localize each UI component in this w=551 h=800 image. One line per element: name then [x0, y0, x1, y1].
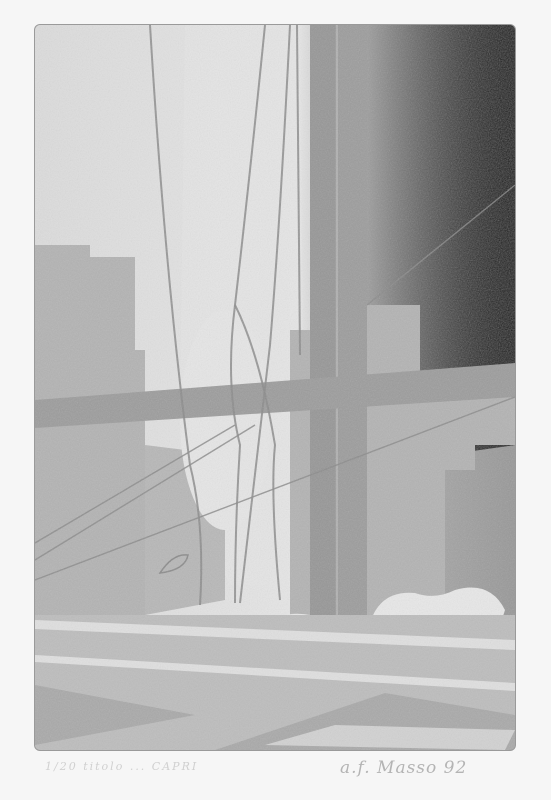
artist-signature: a.f. Masso 92 [340, 758, 467, 778]
etching-image [35, 25, 515, 750]
edition-inscription: 1/20 titolo ... CAPRI [45, 760, 198, 773]
artwork-print [35, 25, 515, 750]
sky-arch [180, 310, 270, 530]
girder-shadow [310, 25, 335, 635]
